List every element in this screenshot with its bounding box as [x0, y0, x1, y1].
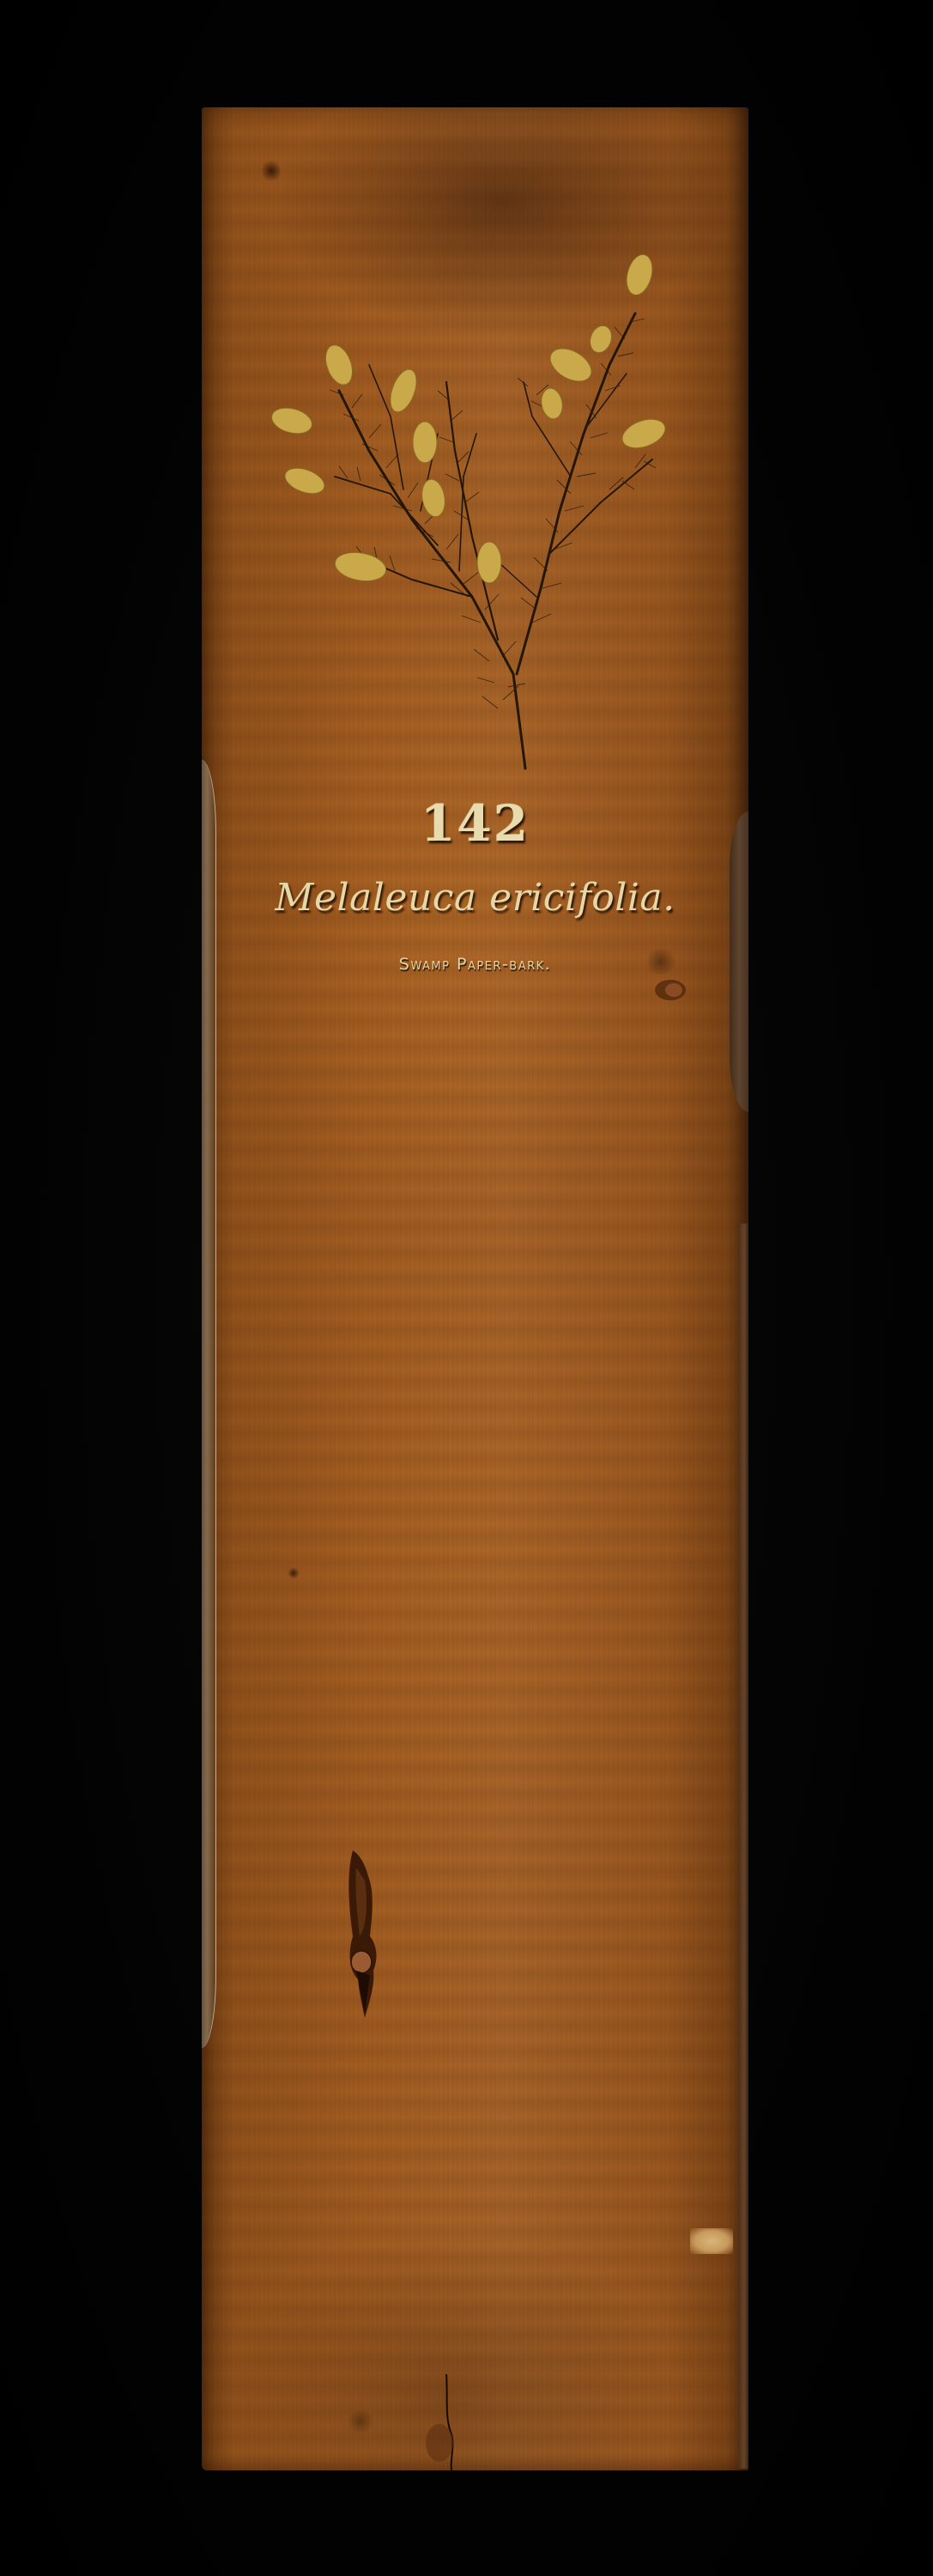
common-name: Swamp Paper-bark. [202, 955, 748, 974]
flowering-sprig-icon [240, 193, 738, 794]
specimen-number: 142 [202, 794, 748, 853]
wood-stain [288, 1567, 300, 1579]
wood-stain [348, 2409, 373, 2434]
wood-specimen-board: 142 Melaleuca ericifolia. Swamp Paper-ba… [202, 107, 748, 2470]
botanical-name: Melaleuca ericifolia. [202, 876, 748, 920]
bark-edge-left [202, 760, 216, 2048]
wood-stain [262, 159, 281, 183]
wood-knot-icon [341, 1842, 384, 2022]
bottom-crack-icon [421, 2374, 472, 2470]
small-knot-icon [648, 975, 689, 1004]
worn-patch [690, 2228, 733, 2254]
board-edge-right-lower [738, 1224, 748, 2469]
